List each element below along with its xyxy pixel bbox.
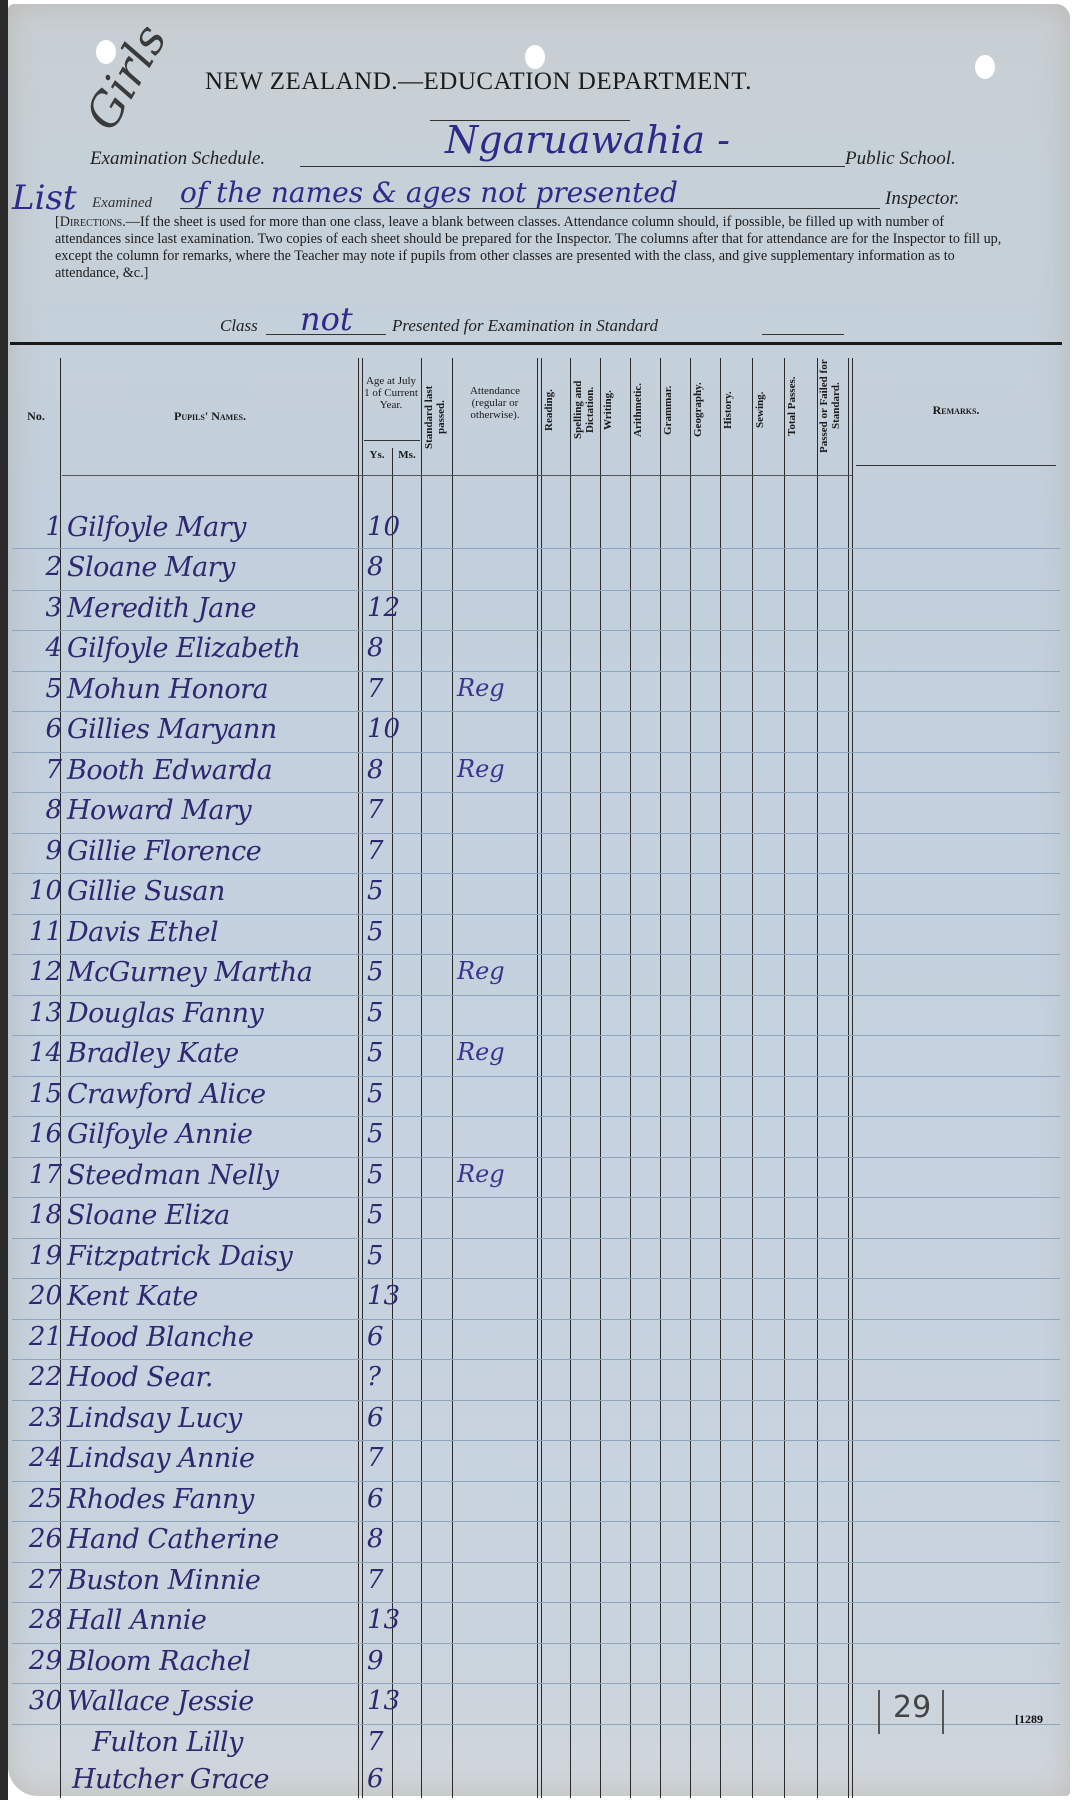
pupil-name: Kent Kate (67, 1281, 367, 1312)
class-label: Class (220, 316, 258, 336)
pupil-name: Booth Edwarda (67, 755, 367, 786)
table-top-rule (10, 342, 1062, 345)
table-row: 1Gilfoyle Mary10 (12, 512, 532, 552)
header-attendance: Attendance (regular or otherwise). (454, 385, 536, 421)
pupil-age: 7 (367, 795, 407, 825)
school-suffix: Public School. (845, 148, 956, 170)
pupil-age: 7 (367, 674, 407, 704)
pupil-age: 9 (367, 1646, 407, 1676)
inspector-label: Inspector. (885, 188, 959, 210)
table-row: 30Wallace Jessie13 (12, 1686, 532, 1726)
header-reading: Reading. (543, 360, 569, 460)
pupil-age: 13 (367, 1686, 407, 1716)
col-divider (784, 358, 785, 1798)
pupil-age: 8 (367, 755, 407, 785)
class-suffix: Presented for Examination in Standard (392, 316, 658, 336)
attendance-mark: Reg (457, 957, 505, 985)
table-row: 3Meredith Jane12 (12, 593, 532, 633)
table-row: 8Howard Mary7 (12, 795, 532, 835)
age-subdivider (364, 440, 420, 441)
pupil-age: 5 (367, 1241, 407, 1271)
pupil-age: 10 (367, 512, 407, 542)
pupil-age: 5 (367, 957, 407, 987)
pupil-name: Lindsay Annie (67, 1443, 367, 1474)
table-row: 18Sloane Eliza5 (12, 1200, 532, 1240)
col-divider (817, 358, 818, 1798)
table-row: 11Davis Ethel5 (12, 917, 532, 957)
pupil-age: 5 (367, 876, 407, 906)
pupil-name: Crawford Alice (67, 1079, 367, 1110)
table-row: 21Hood Blanche6 (12, 1322, 532, 1362)
table-row: 25Rhodes Fanny6 (12, 1484, 532, 1524)
pupil-name: Lindsay Lucy (67, 1403, 367, 1434)
pupil-name: Gilfoyle Mary (67, 512, 367, 543)
pupil-age: 6 (367, 1484, 407, 1514)
pupil-name: Bloom Rachel (67, 1646, 367, 1677)
table-row: 19Fitzpatrick Daisy5 (12, 1241, 532, 1281)
remarks-underline (856, 465, 1056, 466)
header-bottom-rule (62, 475, 852, 476)
pupil-name: Howard Mary (67, 795, 367, 826)
standard-line (762, 334, 844, 335)
pupil-age: 7 (367, 836, 407, 866)
table-row: 29Bloom Rachel9 (12, 1646, 532, 1686)
pupil-name: Gilfoyle Elizabeth (67, 633, 367, 664)
col-divider (537, 358, 538, 1798)
directions-body: —If the sheet is used for more than one … (55, 214, 1001, 281)
header-standard-last: Standard last passed. (423, 368, 451, 466)
table-row: 5Mohun Honora7Reg (12, 674, 532, 714)
pupil-name: Fitzpatrick Daisy (67, 1241, 367, 1272)
school-line (300, 166, 845, 167)
pupil-name: Wallace Jessie (67, 1686, 367, 1717)
col-divider (852, 358, 853, 1798)
table-row: 23Lindsay Lucy6 (12, 1403, 532, 1443)
col-divider (720, 358, 721, 1798)
pupil-age: ? (367, 1362, 407, 1392)
pupil-name: Hood Blanche (67, 1322, 367, 1353)
pupil-age: 6 (367, 1764, 407, 1794)
pupil-name: Hood Sear. (67, 1362, 367, 1393)
col-divider (690, 358, 691, 1798)
pupil-name: Gillies Maryann (67, 714, 367, 745)
table-row: 14Bradley Kate5Reg (12, 1038, 532, 1078)
pupil-name: Hand Catherine (67, 1524, 367, 1555)
table-row: 24Lindsay Annie7 (12, 1443, 532, 1483)
attendance-mark: Reg (457, 674, 505, 702)
schedule-label: Examination Schedule. (90, 148, 265, 170)
col-divider (848, 358, 849, 1798)
attendance-mark: Reg (457, 1160, 505, 1188)
col-divider (630, 358, 631, 1798)
pupil-age: 13 (367, 1605, 407, 1635)
header-age-months: Ms. (392, 449, 422, 461)
header-age: Age at July 1 of Current Year. (362, 375, 420, 411)
pupil-age: 8 (367, 633, 407, 663)
pupil-age: 12 (367, 593, 407, 623)
pupil-name: Sloane Mary (67, 552, 367, 583)
table-row: Hutcher Grace6 (12, 1764, 532, 1800)
table-row: 7Booth Edwarda8Reg (12, 755, 532, 795)
pupil-age: 5 (367, 1160, 407, 1190)
pupil-name: McGurney Martha (67, 957, 367, 988)
table-row: 26Hand Catherine8 (12, 1524, 532, 1564)
pupil-age: 13 (367, 1281, 407, 1311)
table-row: 13Douglas Fanny5 (12, 998, 532, 1038)
table-row: 20Kent Kate13 (12, 1281, 532, 1321)
col-divider (660, 358, 661, 1798)
pupil-age: 7 (367, 1565, 407, 1595)
table-row: 15Crawford Alice5 (12, 1079, 532, 1119)
pupil-name: Hall Annie (67, 1605, 367, 1636)
scan-edge (0, 0, 8, 1800)
attendance-mark: Reg (457, 1038, 505, 1066)
table-row: 22Hood Sear.? (12, 1362, 532, 1402)
inspector-entry: of the names & ages not presented (180, 176, 678, 209)
table-row: 16Gilfoyle Annie5 (12, 1119, 532, 1159)
header-grammar: Grammar. (662, 360, 689, 460)
table-row: 9Gillie Florence7 (12, 836, 532, 876)
pupil-name: Fulton Lilly (92, 1727, 392, 1758)
attendance-mark: Reg (457, 755, 505, 783)
pupil-age: 5 (367, 1079, 407, 1109)
pupil-name: Steedman Nelly (67, 1160, 367, 1191)
examined-label: Examined (92, 195, 152, 212)
punch-hole (525, 45, 545, 69)
pupil-name: Sloane Eliza (67, 1200, 367, 1231)
page-number-stamp: 29 (893, 1690, 931, 1725)
header-no: No. (12, 410, 60, 422)
pupil-name: Gillie Florence (67, 836, 367, 867)
pupil-name: Davis Ethel (67, 917, 367, 948)
table-row: Fulton Lilly7 (12, 1727, 532, 1767)
directions-text: [Directions.—If the sheet is used for mo… (55, 214, 1005, 282)
header-total-passes: Total Passes. (786, 352, 816, 460)
pupil-name: Buston Minnie (67, 1565, 367, 1596)
school-name: Ngaruawahia - (445, 118, 730, 162)
table-row: 12McGurney Martha5Reg (12, 957, 532, 997)
header-history: History. (722, 360, 751, 460)
page-title: NEW ZEALAND.—EDUCATION DEPARTMENT. (205, 68, 752, 96)
pupil-name: Hutcher Grace (72, 1764, 372, 1795)
header-geography: Geography. (692, 360, 719, 460)
header-passed-failed: Passed or Failed for Standard. (818, 352, 848, 460)
pupil-age: 5 (367, 998, 407, 1028)
table-row: 6Gillies Maryann10 (12, 714, 532, 754)
pupil-name: Mohun Honora (67, 674, 367, 705)
pupil-name: Rhodes Fanny (67, 1484, 367, 1515)
directions-heading: [Directions. (55, 214, 126, 230)
col-divider (541, 358, 542, 1798)
pupil-age: 8 (367, 552, 407, 582)
pupil-age: 5 (367, 1038, 407, 1068)
table-row: 27Buston Minnie7 (12, 1565, 532, 1605)
pupil-age: 10 (367, 714, 407, 744)
pupil-age: 5 (367, 1200, 407, 1230)
pupil-name: Gilfoyle Annie (67, 1119, 367, 1150)
pupil-name: Meredith Jane (67, 593, 367, 624)
header-pupils-names: Pupils' Names. (62, 410, 358, 422)
pupil-age: 6 (367, 1322, 407, 1352)
col-divider (600, 358, 601, 1798)
table-row: 28Hall Annie13 (12, 1605, 532, 1645)
list-prefix: List (12, 178, 77, 218)
header-remarks: Remarks. (856, 404, 1056, 416)
pupil-age: 5 (367, 1119, 407, 1149)
table-row: 17Steedman Nelly5Reg (12, 1160, 532, 1200)
table-row: 10Gillie Susan5 (12, 876, 532, 916)
header-writing: Writing. (602, 360, 629, 460)
punch-hole (975, 55, 995, 79)
class-value: not (300, 300, 353, 338)
pupil-age: 7 (367, 1727, 407, 1757)
header-sewing: Sewing. (754, 360, 783, 460)
col-divider (752, 358, 753, 1798)
header-spelling: Spelling and Dictation. (572, 360, 599, 460)
header-arithmetic: Arithmetic. (632, 360, 659, 460)
col-divider (570, 358, 571, 1798)
header-age-years: Ys. (362, 449, 392, 461)
pupil-name: Douglas Fanny (67, 998, 367, 1029)
pupil-age: 6 (367, 1403, 407, 1433)
pupil-name: Bradley Kate (67, 1038, 367, 1069)
pupil-age: 7 (367, 1443, 407, 1473)
pupil-age: 5 (367, 917, 407, 947)
table-row: 2Sloane Mary8 (12, 552, 532, 592)
pupil-age: 8 (367, 1524, 407, 1554)
pupil-name: Gillie Susan (67, 876, 367, 907)
table-row: 4Gilfoyle Elizabeth8 (12, 633, 532, 673)
form-number: [1289 (1015, 1712, 1043, 1727)
